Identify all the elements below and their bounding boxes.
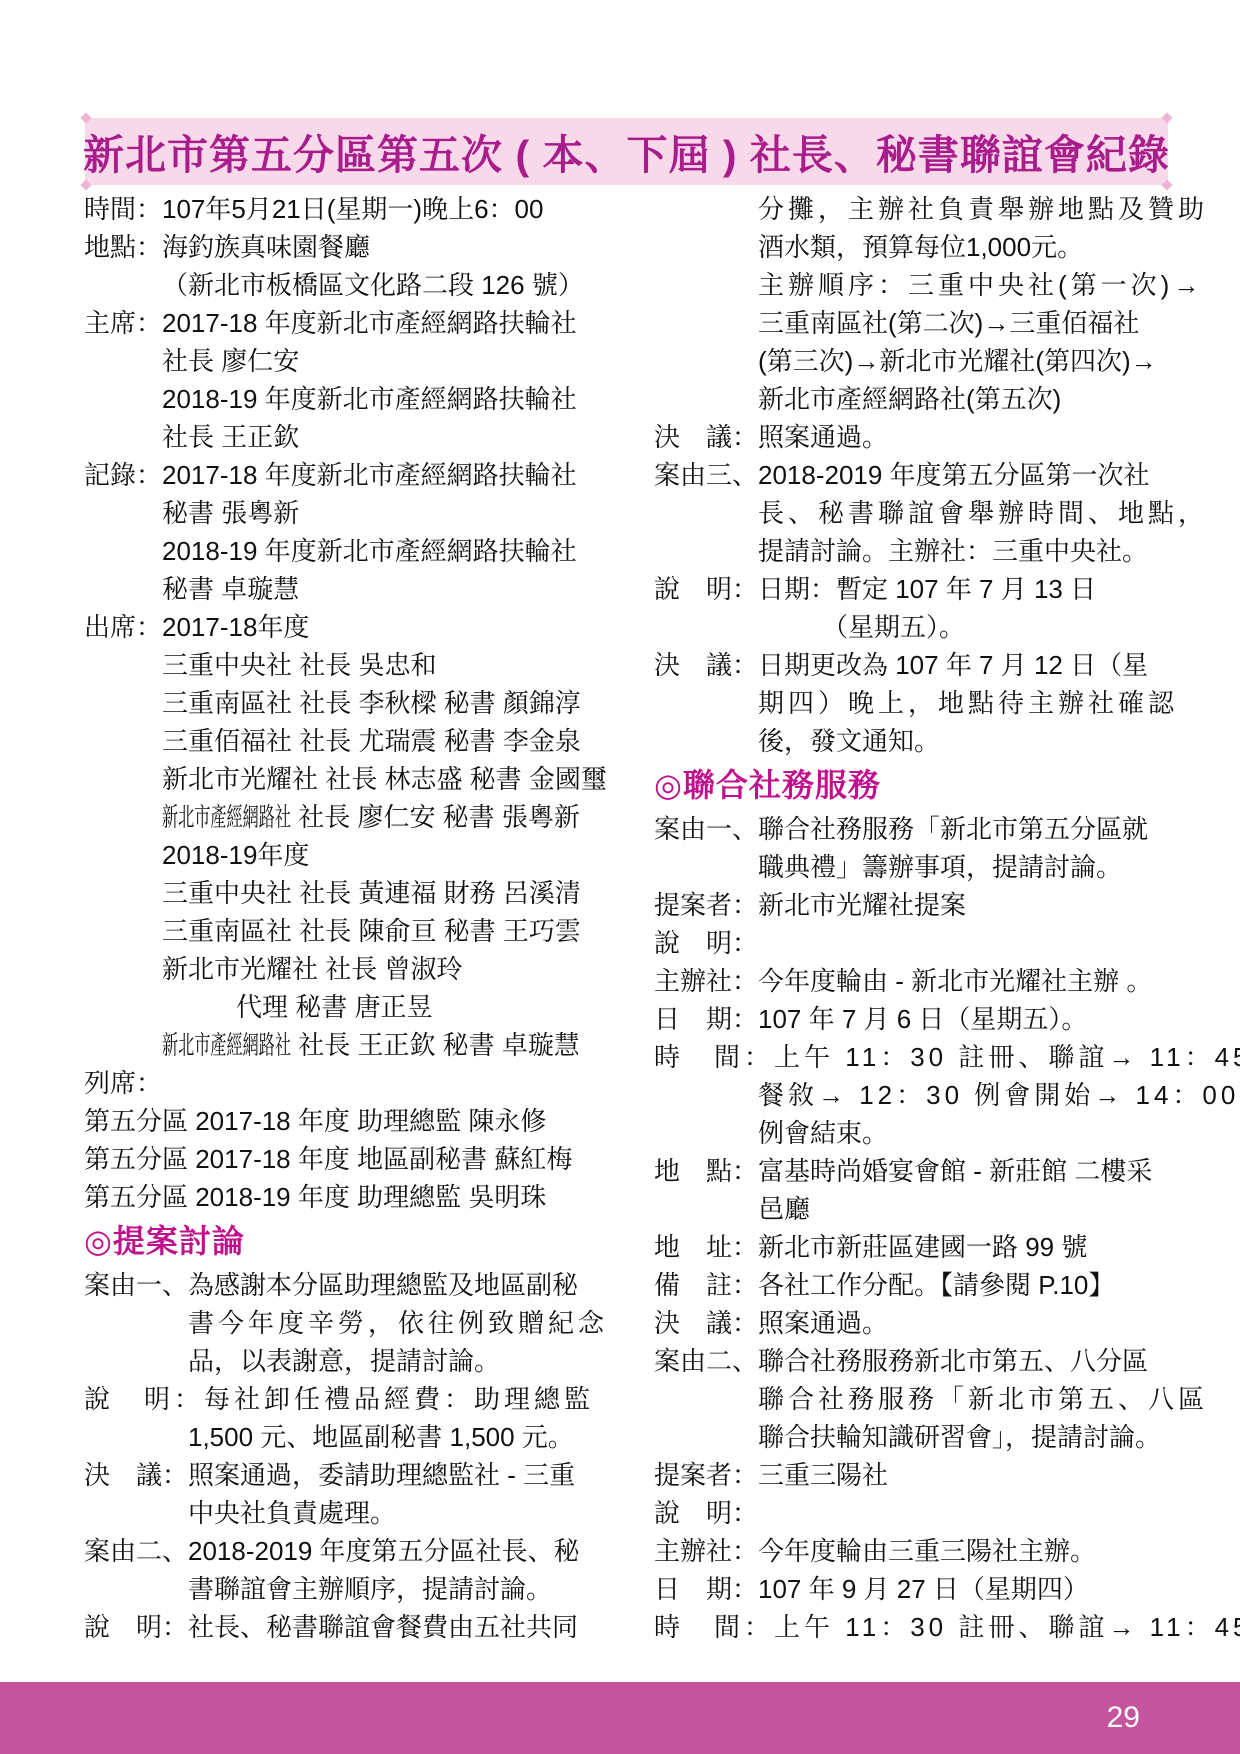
text-run: 分攤，主辦社負責舉辦地點及贊助 (758, 194, 1208, 224)
text-line: 秘書 張粵新 (84, 494, 596, 532)
text-run: ◎聯合社務服務 (654, 767, 881, 803)
text-run: 日 期：107 年 9 月 27 日（星期四） (654, 1574, 1089, 1604)
text-run: 1,500 元、地區副秘書 1,500 元。 (188, 1422, 574, 1452)
text-run: 列席： (84, 1068, 162, 1098)
text-run: 新北市光耀社 社長 林志盛 秘書 金國璽 (162, 764, 607, 794)
text-line: 書今年度辛勞，依往例致贈紀念 (84, 1304, 596, 1342)
text-line: 新北市產經網路社 社長 廖仁安 秘書 張粵新 (84, 798, 596, 836)
text-run: 說 明：社長、秘書聯誼會餐費由五社共同 (84, 1612, 578, 1642)
text-line: 提案者：新北市光耀社提案 (654, 886, 1166, 924)
text-line: 決 議：照案通過。 (654, 1304, 1166, 1342)
text-run: 第五分區 2017-18 年度 助理總監 陳永修 (84, 1106, 546, 1136)
text-run: 記錄：2017-18 年度新北市產經網路扶輪社 (84, 460, 577, 490)
condensed-club-name: 新北市產經網路社 (162, 798, 291, 836)
text-run: 例會結束。 (758, 1118, 888, 1148)
text-line: 地點：海釣族真味園餐廳 (84, 228, 596, 266)
text-line: 主辦順序：三重中央社(第一次)→ (654, 266, 1166, 304)
text-run: 新北市光耀社 社長 曾淑玲 (162, 954, 462, 984)
text-run: 決 議：照案通過。 (654, 1308, 888, 1338)
text-line: 第五分區 2018-19 年度 助理總監 吳明珠 (84, 1178, 596, 1216)
section-heading-proposals: ◎提案討論 (84, 1216, 596, 1266)
text-line: 決 議：日期更改為 107 年 7 月 12 日（星 (654, 646, 1166, 684)
text-line: 說 明：日期：暫定 107 年 7 月 13 日 (654, 570, 1166, 608)
text-run: 秘書 張粵新 (162, 498, 299, 528)
text-line: 秘書 卓璇慧 (84, 570, 596, 608)
page-title: 新北市第五分區第五次 ( 本、下屆 ) 社長、秘書聯誼會紀錄 (83, 122, 1170, 181)
text-run: 社長 廖仁安 (162, 346, 299, 376)
text-run: 主辦順序：三重中央社(第一次)→ (758, 270, 1203, 300)
text-line: 決 議：照案通過，委請助理總監社 - 三重 (84, 1456, 596, 1494)
text-line: 分攤，主辦社負責舉辦地點及贊助 (654, 190, 1166, 228)
text-run: 三重南區社 社長 陳俞亘 秘書 王巧雲 (162, 916, 581, 946)
text-line: 2018-19 年度新北市產經網路扶輪社 (84, 532, 596, 570)
text-run: 決 議：日期更改為 107 年 7 月 12 日（星 (654, 650, 1148, 680)
text-run: 三重南區社(第二次)→三重佰福社 (758, 308, 1139, 338)
text-line: 酒水類，預算每位1,000元。 (654, 228, 1166, 266)
text-run: 主辦社：今年度輪由 - 新北市光耀社主辦 。 (654, 966, 1152, 996)
text-run: （新北市板橋區文化路二段 126 號） (162, 270, 584, 300)
text-line: 三重南區社 社長 李秋樑 秘書 顏錦淳 (84, 684, 596, 722)
text-line: 說 明： (654, 924, 1166, 962)
text-line: 提請討論。主辦社：三重中央社。 (654, 532, 1166, 570)
text-line: 備 註：各社工作分配。【請參閱 P.10】 (654, 1266, 1166, 1304)
text-line: 邑廳 (654, 1190, 1166, 1228)
text-run: 日 期：107 年 7 月 6 日（星期五）。 (654, 1004, 1087, 1034)
text-line: 2018-19年度 (84, 836, 596, 874)
text-line: 列席： (84, 1064, 596, 1102)
text-run: 備 註：各社工作分配。【請參閱 P.10】 (654, 1270, 1114, 1300)
text-run: 說 明：每社卸任禮品經費：助理總監 (84, 1384, 594, 1414)
text-run: 2018-19 年度新北市產經網路扶輪社 (162, 384, 577, 414)
text-line: 三重南區社(第二次)→三重佰福社 (654, 304, 1166, 342)
text-line: 例會結束。 (654, 1114, 1166, 1152)
section-heading-joint-services: ◎聯合社務服務 (654, 760, 1166, 810)
text-line: 社長 廖仁安 (84, 342, 596, 380)
text-run: 餐敘→ 12：30 例會開始→ 14：00 (758, 1080, 1239, 1110)
text-run: 說 明：日期：暫定 107 年 7 月 13 日 (654, 574, 1096, 604)
text-run: 書今年度辛勞，依往例致贈紀念 (188, 1308, 608, 1338)
text-run: 案由二、聯合社務服務新北市第五、八分區 (654, 1346, 1148, 1376)
text-line: 社長 王正欽 (84, 418, 596, 456)
text-run: 期四）晚上，地點待主辦社確認 (758, 688, 1178, 718)
text-run: 三重中央社 社長 吳忠和 (162, 650, 436, 680)
text-run: 聯合扶輪知識研習會」，提請討論。 (758, 1422, 1161, 1452)
text-line: （新北市板橋區文化路二段 126 號） (84, 266, 596, 304)
text-run: 案由一、聯合社務服務「新北市第五分區就 (654, 814, 1148, 844)
text-run: 三重南區社 社長 李秋樑 秘書 顏錦淳 (162, 688, 581, 718)
text-run: 後，發文通知。 (758, 726, 940, 756)
text-line: 時間：107年5月21日(星期一)晚上6：00 (84, 190, 596, 228)
text-line: 提案者：三重三陽社 (654, 1456, 1166, 1494)
right-column: 分攤，主辦社負責舉辦地點及贊助酒水類，預算每位1,000元。主辦順序：三重中央社… (654, 190, 1166, 1646)
text-line: 說 明：每社卸任禮品經費：助理總監 (84, 1380, 596, 1418)
text-line: 記錄：2017-18 年度新北市產經網路扶輪社 (84, 456, 596, 494)
text-line: 職典禮」籌辦事項，提請討論。 (654, 848, 1166, 886)
text-run: 主辦社：今年度輪由三重三陽社主辦。 (654, 1536, 1096, 1566)
text-run: 說 明： (654, 928, 758, 958)
text-run: (第三次)→新北市光耀社(第四次)→ (758, 346, 1157, 376)
text-run: 案由三、2018-2019 年度第五分區第一次社 (654, 460, 1150, 490)
title-banner: 新北市第五分區第五次 ( 本、下屆 ) 社長、秘書聯誼會紀錄 (85, 118, 1168, 185)
text-run: 邑廳 (758, 1194, 810, 1224)
text-run: 新北市產經網路社(第五次) (758, 384, 1061, 414)
text-line: 第五分區 2017-18 年度 地區副秘書 蘇紅梅 (84, 1140, 596, 1178)
text-line: 後，發文通知。 (654, 722, 1166, 760)
text-line: 聯合社務服務「新北市第五、八區 (654, 1380, 1166, 1418)
text-line: 主辦社：今年度輪由三重三陽社主辦。 (654, 1532, 1166, 1570)
text-line: 決 議：照案通過。 (654, 418, 1166, 456)
text-run: 酒水類，預算每位1,000元。 (758, 232, 1083, 262)
text-run: 案由二、2018-2019 年度第五分區社長、秘 (84, 1536, 580, 1566)
page-number: 29 (1107, 1701, 1140, 1735)
text-line: 主辦社：今年度輪由 - 新北市光耀社主辦 。 (654, 962, 1166, 1000)
text-run: 決 議：照案通過，委請助理總監社 - 三重 (84, 1460, 575, 1490)
content-columns: 時間：107年5月21日(星期一)晚上6：00地點：海釣族真味園餐廳（新北市板橋… (84, 190, 1166, 1646)
text-run: 決 議：照案通過。 (654, 422, 888, 452)
text-run: 2018-19 年度新北市產經網路扶輪社 (162, 536, 577, 566)
text-line: 三重南區社 社長 陳俞亘 秘書 王巧雲 (84, 912, 596, 950)
text-line: 第五分區 2017-18 年度 助理總監 陳永修 (84, 1102, 596, 1140)
text-run: 中央社負責處理。 (188, 1498, 396, 1528)
text-line: 說 明：社長、秘書聯誼會餐費由五社共同 (84, 1608, 596, 1646)
text-run: ◎提案討論 (84, 1223, 245, 1259)
text-line: 聯合扶輪知識研習會」，提請討論。 (654, 1418, 1166, 1456)
text-run: 社長 王正欽 秘書 卓璇慧 (291, 1030, 580, 1060)
text-line: 案由一、聯合社務服務「新北市第五分區就 (654, 810, 1166, 848)
text-line: （星期五）。 (654, 608, 1166, 646)
text-line: 書聯誼會主辦順序，提請討論。 (84, 1570, 596, 1608)
document-page: 新北市第五分區第五次 ( 本、下屆 ) 社長、秘書聯誼會紀錄 時間：107年5月… (0, 0, 1240, 1754)
text-line: 案由三、2018-2019 年度第五分區第一次社 (654, 456, 1166, 494)
text-run: 案由一、為感謝本分區助理總監及地區副秘 (84, 1270, 578, 1300)
text-run: 書聯誼會主辦順序，提請討論。 (188, 1574, 552, 1604)
text-run: 第五分區 2017-18 年度 地區副秘書 蘇紅梅 (84, 1144, 572, 1174)
text-run: 社長 廖仁安 秘書 張粵新 (291, 802, 580, 832)
text-line: 時 間：上午 11：30 註冊、聯誼→ 11：45 (654, 1608, 1166, 1646)
text-run: 品，以表謝意，提請討論。 (188, 1346, 500, 1376)
text-run: 時 間：上午 11：30 註冊、聯誼→ 11：45 (654, 1042, 1240, 1072)
text-run: 提案者：新北市光耀社提案 (654, 890, 966, 920)
text-run: 主席：2017-18 年度新北市產經網路扶輪社 (84, 308, 577, 338)
text-run: 說 明： (654, 1498, 758, 1528)
text-line: 品，以表謝意，提請討論。 (84, 1342, 596, 1380)
text-run: 第五分區 2018-19 年度 助理總監 吳明珠 (84, 1182, 546, 1212)
text-run: 長、秘書聯誼會舉辦時間、地點， (758, 498, 1208, 528)
text-run: 三重中央社 社長 黃連福 財務 呂溪清 (162, 878, 581, 908)
text-line: 期四）晚上，地點待主辦社確認 (654, 684, 1166, 722)
text-line: 案由二、聯合社務服務新北市第五、八分區 (654, 1342, 1166, 1380)
text-run: 代理 秘書 唐正昱 (236, 992, 432, 1022)
text-run: 提請討論。主辦社：三重中央社。 (758, 536, 1148, 566)
text-line: 長、秘書聯誼會舉辦時間、地點， (654, 494, 1166, 532)
text-line: 1,500 元、地區副秘書 1,500 元。 (84, 1418, 596, 1456)
text-line: 三重中央社 社長 吳忠和 (84, 646, 596, 684)
text-line: 新北市光耀社 社長 林志盛 秘書 金國璽 (84, 760, 596, 798)
text-run: （星期五）。 (822, 612, 965, 642)
text-line: 餐敘→ 12：30 例會開始→ 14：00 (654, 1076, 1166, 1114)
text-run: 時 間：上午 11：30 註冊、聯誼→ 11：45 (654, 1612, 1240, 1642)
footer-bar: 29 (0, 1682, 1240, 1754)
left-column: 時間：107年5月21日(星期一)晚上6：00地點：海釣族真味園餐廳（新北市板橋… (84, 190, 596, 1646)
text-run: 社長 王正欽 (162, 422, 299, 452)
text-line: 地 址：新北市新莊區建國一路 99 號 (654, 1228, 1166, 1266)
text-line: 案由二、2018-2019 年度第五分區社長、秘 (84, 1532, 596, 1570)
banner-corner-decoration (1161, 179, 1172, 190)
text-run: 時間：107年5月21日(星期一)晚上6：00 (84, 194, 543, 224)
text-run: 提案者：三重三陽社 (654, 1460, 888, 1490)
text-line: 日 期：107 年 7 月 6 日（星期五）。 (654, 1000, 1166, 1038)
text-line: 代理 秘書 唐正昱 (84, 988, 596, 1026)
condensed-club-name: 新北市產經網路社 (162, 1026, 291, 1064)
text-line: 地 點：富基時尚婚宴會館 - 新莊館 二樓采 (654, 1152, 1166, 1190)
text-line: (第三次)→新北市光耀社(第四次)→ (654, 342, 1166, 380)
text-line: 三重中央社 社長 黃連福 財務 呂溪清 (84, 874, 596, 912)
text-line: 時 間：上午 11：30 註冊、聯誼→ 11：45 (654, 1038, 1166, 1076)
text-line: 三重佰福社 社長 尤瑞震 秘書 李金泉 (84, 722, 596, 760)
text-run: 聯合社務服務「新北市第五、八區 (758, 1384, 1208, 1414)
text-line: 說 明： (654, 1494, 1166, 1532)
text-run: 出席：2017-18年度 (84, 612, 309, 642)
text-run: 2018-19年度 (162, 840, 309, 870)
text-line: 出席：2017-18年度 (84, 608, 596, 646)
text-line: 主席：2017-18 年度新北市產經網路扶輪社 (84, 304, 596, 342)
text-line: 中央社負責處理。 (84, 1494, 596, 1532)
text-run: 秘書 卓璇慧 (162, 574, 299, 604)
text-line: 案由一、為感謝本分區助理總監及地區副秘 (84, 1266, 596, 1304)
banner-corner-decoration (80, 179, 91, 190)
text-line: 新北市產經網路社(第五次) (654, 380, 1166, 418)
text-line: 新北市產經網路社 社長 王正欽 秘書 卓璇慧 (84, 1026, 596, 1064)
text-line: 2018-19 年度新北市產經網路扶輪社 (84, 380, 596, 418)
text-run: 地點：海釣族真味園餐廳 (84, 232, 370, 262)
text-run: 三重佰福社 社長 尤瑞震 秘書 李金泉 (162, 726, 581, 756)
text-run: 地 點：富基時尚婚宴會館 - 新莊館 二樓采 (654, 1156, 1152, 1186)
text-line: 新北市光耀社 社長 曾淑玲 (84, 950, 596, 988)
text-line: 日 期：107 年 9 月 27 日（星期四） (654, 1570, 1166, 1608)
text-run: 職典禮」籌辦事項，提請討論。 (758, 852, 1122, 882)
text-run: 地 址：新北市新莊區建國一路 99 號 (654, 1232, 1087, 1262)
